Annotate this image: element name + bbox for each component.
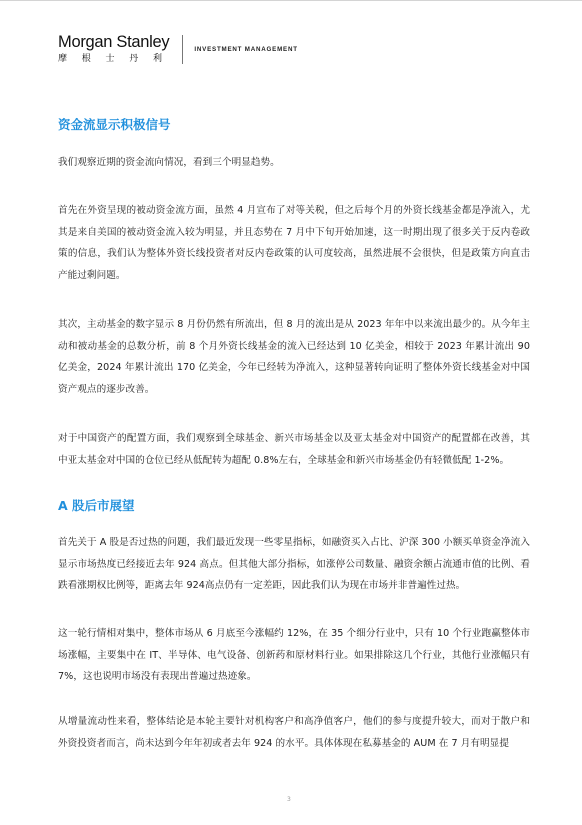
brand-name-cn: 摩 根 士 丹 利 [58, 54, 162, 65]
brand-char: 摩 [58, 54, 67, 65]
paragraph: 其次，主动基金的数字显示 8 月份仍然有所流出，但 8 月的流出是从 2023 … [58, 314, 530, 400]
page-number: 3 [287, 796, 291, 803]
page-top-border [0, 0, 582, 1]
division-name: INVESTMENT MANAGEMENT [194, 46, 297, 53]
logo-divider [182, 35, 183, 64]
brand-name-en: Morgan Stanley [58, 33, 169, 51]
paragraph: 这一轮行情相对集中，整体市场从 6 月底至今涨幅约 12%，在 35 个细分行业… [58, 623, 530, 688]
section-title-a-share-outlook: A 股后市展望 [58, 496, 135, 514]
brand-char: 士 [105, 54, 114, 65]
paragraph: 首先关于 A 股是否过热的问题，我们最近发现一些零星指标，如融资买入占比、沪深 … [58, 532, 530, 597]
brand-char: 利 [153, 54, 162, 65]
morgan-stanley-logo: Morgan Stanley 摩 根 士 丹 利 [58, 33, 169, 65]
paragraph: 我们观察近期的资金流向情况，看到三个明显趋势。 [58, 152, 530, 174]
brand-char: 根 [82, 54, 91, 65]
paragraph: 从增量流动性来看，整体结论是本轮主要针对机构客户和高净值客户，他们的参与度提升较… [58, 711, 530, 754]
paragraph: 对于中国资产的配置方面，我们观察到全球基金、新兴市场基金以及亚太基金对中国资产的… [58, 428, 530, 471]
paragraph: 首先在外资呈现的被动资金流方面，虽然 4 月宣布了对等关税，但之后每个月的外资长… [58, 200, 530, 286]
section-title-fund-flows: 资金流显示积极信号 [58, 115, 171, 133]
brand-char: 丹 [129, 54, 138, 65]
page-header: Morgan Stanley 摩 根 士 丹 利 INVESTMENT MANA… [58, 33, 298, 65]
